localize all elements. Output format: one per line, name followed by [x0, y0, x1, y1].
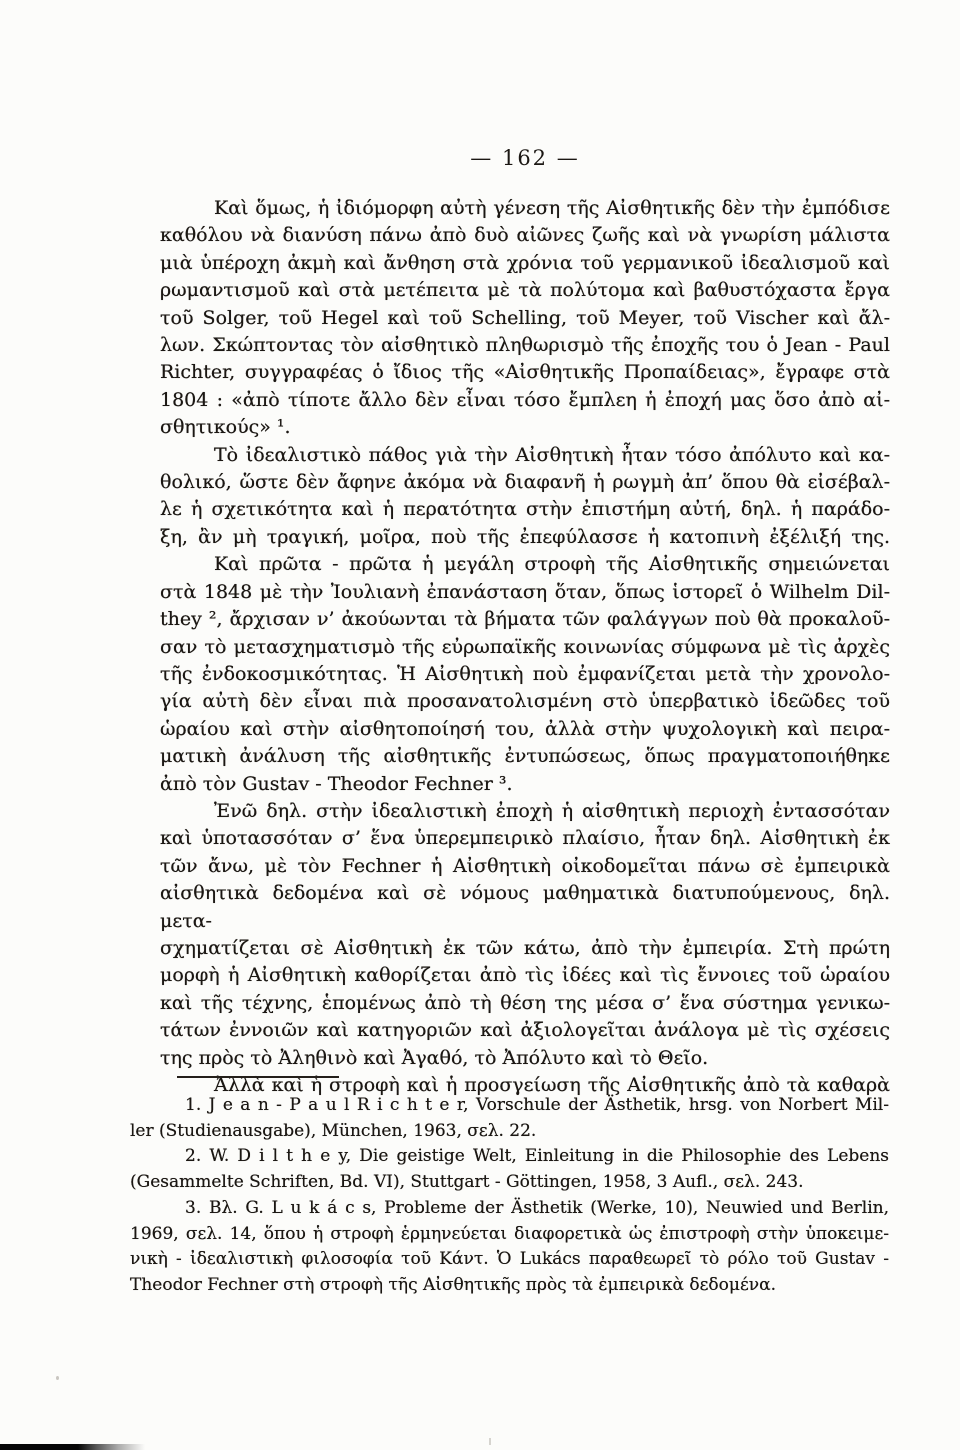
text-line: ὡραίου καὶ στὴν αἰσθητοποίησή του, ἀλλὰ …	[160, 716, 890, 743]
paragraph: Ἐνῶ δηλ. στὴν ἰδεαλιστικὴ ἐποχὴ ἡ αἰσθητ…	[160, 798, 890, 1072]
text-line: 1. J e a n - P a u l R i c h t e r, Vors…	[130, 1093, 889, 1119]
text-line: (Gesammelte Schriften, Bd. VI), Stuttgar…	[130, 1170, 889, 1196]
text-line: μιὰ ὑπέροχη ἀκμὴ καὶ ἄνθηση στὰ χρόνια τ…	[160, 250, 890, 277]
paragraph: Τὸ ἰδεαλιστικὸ πάθος γιὰ τὴν Αἰσθητικὴ ἦ…	[160, 442, 890, 552]
text-line: τῶν ἄνω, μὲ τὸν Fechner ἡ Αἰσθητικὴ οἰκο…	[160, 853, 890, 880]
text-line: ρωμαντισμοῦ καὶ στὰ μετέπειτα μὲ τὰ πολύ…	[160, 277, 890, 304]
text-line: Richter, συγγραφέας ὁ ἴδιος τῆς «Αἰσθητι…	[160, 359, 890, 386]
text-line: αἰσθητικὰ δεδομένα καὶ σὲ νόμους μαθηματ…	[160, 880, 890, 935]
text-line: της πρὸς τὸ Ἀληθινὸ καὶ Ἀγαθό, τὸ Ἀπόλυτ…	[160, 1045, 890, 1072]
text-line: ματικὴ ἀνάλυση τῆς αἰσθητικῆς ἐντυπώσεως…	[160, 743, 890, 770]
text-line: σθητικούς» ¹.	[160, 414, 890, 441]
paragraph: Καὶ ὅμως, ἡ ἰδιόμορφη αὐτὴ γένεση τῆς Αἰ…	[160, 195, 890, 442]
text-line: σχηματίζεται σὲ Αἰσθητικὴ ἐκ τῶν κάτω, ἀ…	[160, 935, 890, 962]
text-line: λε ἡ σχετικότητα καὶ ἡ περατότητα στὴν ἐ…	[160, 496, 890, 523]
scan-speck	[56, 1376, 59, 1380]
scan-speck	[489, 1438, 491, 1445]
page-number: — 162 —	[160, 146, 890, 170]
text-line: Καὶ ὅμως, ἡ ἰδιόμορφη αὐτὴ γένεση τῆς Αἰ…	[160, 195, 890, 222]
paragraph: 2. W. D i l t h e y, Die geistige Welt, …	[130, 1144, 889, 1195]
text-line: ἀπὸ τὸν Gustav - Theodor Fechner ³.	[160, 771, 890, 798]
text-line: 2. W. D i l t h e y, Die geistige Welt, …	[130, 1144, 889, 1170]
text-line: καὶ τῆς τέχνης, ἑπομένως ἀπὸ τὴ θέση της…	[160, 990, 890, 1017]
text-line: Καὶ πρῶτα - πρῶτα ἡ μεγάλη στροφὴ τῆς Αἰ…	[160, 551, 890, 578]
footnotes-block: 1. J e a n - P a u l R i c h t e r, Vors…	[130, 1093, 889, 1299]
text-line: they ², ἄρχισαν ν’ ἀκούωνται τὰ βήματα τ…	[160, 606, 890, 633]
text-line: Theodor Fechner στὴ στροφὴ τῆς Αἰσθητικῆ…	[130, 1273, 889, 1299]
paragraph: 1. J e a n - P a u l R i c h t e r, Vors…	[130, 1093, 889, 1144]
text-line: καὶ ὑποτασσόταν σ’ ἕνα ὑπερεμπειρικὸ πλα…	[160, 825, 890, 852]
text-line: 3. Βλ. G. L u k á c s, Probleme der Ästh…	[130, 1196, 889, 1222]
text-line: ler (Studienausgabe), München, 1963, σελ…	[130, 1119, 889, 1145]
text-line: τοῦ Solger, τοῦ Hegel καὶ τοῦ Schelling,…	[160, 305, 890, 332]
text-line: μορφὴ ἡ Αἰσθητικὴ καθορίζεται ἀπὸ τὶς ἰδ…	[160, 962, 890, 989]
text-line: λων. Σκώπτοντας τὸν αἰσθητικὸ πληθωρισμὸ…	[160, 332, 890, 359]
scanned-page: — 162 — Καὶ ὅμως, ἡ ἰδιόμορφη αὐτὴ γένεσ…	[0, 0, 960, 1450]
scan-artifact-bar	[0, 1444, 145, 1450]
text-line: καθόλου νὰ διανύση πάνω ἀπὸ δυὸ αἰῶνες ζ…	[160, 222, 890, 249]
text-line: στὰ 1848 μὲ τὴν Ἰουλιανὴ ἐπανάσταση ὅταν…	[160, 579, 890, 606]
text-line: τάτων ἐννοιῶν καὶ κατηγοριῶν καὶ ἀξιολογ…	[160, 1017, 890, 1044]
text-line: νικὴ - ἰδεαλιστικὴ φιλοσοφία τοῦ Κάντ. Ὁ…	[130, 1247, 889, 1273]
text-line: 1969, σελ. 14, ὅπου ἡ στροφὴ ἑρμηνεύεται…	[130, 1222, 889, 1248]
text-line: Ἐνῶ δηλ. στὴν ἰδεαλιστικὴ ἐποχὴ ἡ αἰσθητ…	[160, 798, 890, 825]
paragraph: Καὶ πρῶτα - πρῶτα ἡ μεγάλη στροφὴ τῆς Αἰ…	[160, 551, 890, 798]
paragraph: 3. Βλ. G. L u k á c s, Probleme der Ästh…	[130, 1196, 889, 1299]
text-line: θολικό, ὥστε δὲν ἄφηνε ἀκόμα νὰ διαφανῆ …	[160, 469, 890, 496]
text-line: γία αὐτὴ δὲν εἶναι πιὰ προσανατολισμένη …	[160, 688, 890, 715]
text-line: τῆς ἐνδοκοσμικότητας. Ἡ Αἰσθητικὴ ποὺ ἐμ…	[160, 661, 890, 688]
footnote-separator-rule	[177, 1076, 339, 1078]
text-line: ξη, ἂν μὴ τραγική, μοῖρα, ποὺ τῆς ἐπεφύλ…	[160, 524, 890, 551]
text-line: σαν τὸ μετασχηματισμὸ τῆς εὐρωπαϊκῆς κοι…	[160, 634, 890, 661]
body-text: Καὶ ὅμως, ἡ ἰδιόμορφη αὐτὴ γένεση τῆς Αἰ…	[160, 195, 890, 1099]
text-line: Τὸ ἰδεαλιστικὸ πάθος γιὰ τὴν Αἰσθητικὴ ἦ…	[160, 442, 890, 469]
text-line: 1804 : «ἀπὸ τίποτε ἄλλο δὲν εἶναι τόσο ἔ…	[160, 387, 890, 414]
